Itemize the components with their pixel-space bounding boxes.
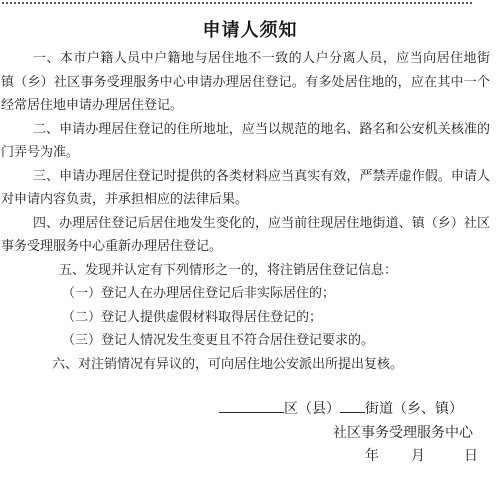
notice-body: 一、本市户籍人员中户籍地与居住地不一致的人户分离人员，应当向居住地街道、 镇（乡… bbox=[1, 46, 490, 375]
signature-block: 区（县）街道（乡、镇） 社区事务受理服务中心 年月日 bbox=[0, 398, 500, 469]
street-label: 街道（乡、镇） bbox=[365, 402, 463, 417]
signature-location-line: 区（县）街道（乡、镇） bbox=[0, 398, 500, 422]
cut-here-dotted-line bbox=[2, 2, 472, 4]
notice-line: 对申请内容负责，并承担相应的法律后果。 bbox=[1, 187, 490, 211]
page-title: 申请人须知 bbox=[0, 20, 500, 40]
service-center-label: 社区事务受理服务中心 bbox=[333, 426, 473, 441]
day-label: 日 bbox=[464, 449, 478, 464]
notice-line: 四、办理居住登记后居住地发生变化的，应当前往现居住地街道、镇（乡）社区 bbox=[1, 211, 490, 235]
district-label: 区（县） bbox=[284, 402, 340, 417]
notice-list-item: （一）登记人在办理居住登记后非实际居住的； bbox=[1, 281, 490, 305]
service-center-line: 社区事务受理服务中心 bbox=[0, 422, 500, 446]
notice-line: 事务受理服务中心重新办理居住登记。 bbox=[1, 234, 490, 258]
notice-list-item: （二）登记人提供虚假材料取得居住登记的； bbox=[1, 305, 490, 329]
year-label: 年 bbox=[365, 449, 379, 464]
notice-line: 六、对注销情况有异议的，可向居住地公安派出所提出复核。 bbox=[1, 352, 490, 376]
date-line: 年月日 bbox=[0, 445, 500, 469]
notice-line: 五、发现并认定有下列情形之一的，将注销居住登记信息： bbox=[1, 258, 490, 282]
notice-line: 一、本市户籍人员中户籍地与居住地不一致的人户分离人员，应当向居住地街道、 bbox=[1, 46, 490, 70]
notice-line: 门弄号为准。 bbox=[1, 140, 490, 164]
district-blank-line bbox=[219, 399, 284, 413]
notice-line: 二、申请办理居住登记的住所地址，应当以规范的地名、路名和公安机关核准的 bbox=[1, 117, 490, 141]
month-label: 月 bbox=[411, 449, 425, 464]
street-blank-line bbox=[340, 399, 365, 413]
notice-line: 镇（乡）社区事务受理服务中心申请办理居住登记。有多处居住地的，应在其中一个 bbox=[1, 70, 490, 94]
notice-line: 经常居住地申请办理居住登记。 bbox=[1, 93, 490, 117]
notice-line: 三、申请办理居住登记时提供的各类材料应当真实有效，严禁弄虚作假。申请人 bbox=[1, 164, 490, 188]
notice-list-item: （三）登记人情况发生变更且不符合居住登记要求的。 bbox=[1, 328, 490, 352]
